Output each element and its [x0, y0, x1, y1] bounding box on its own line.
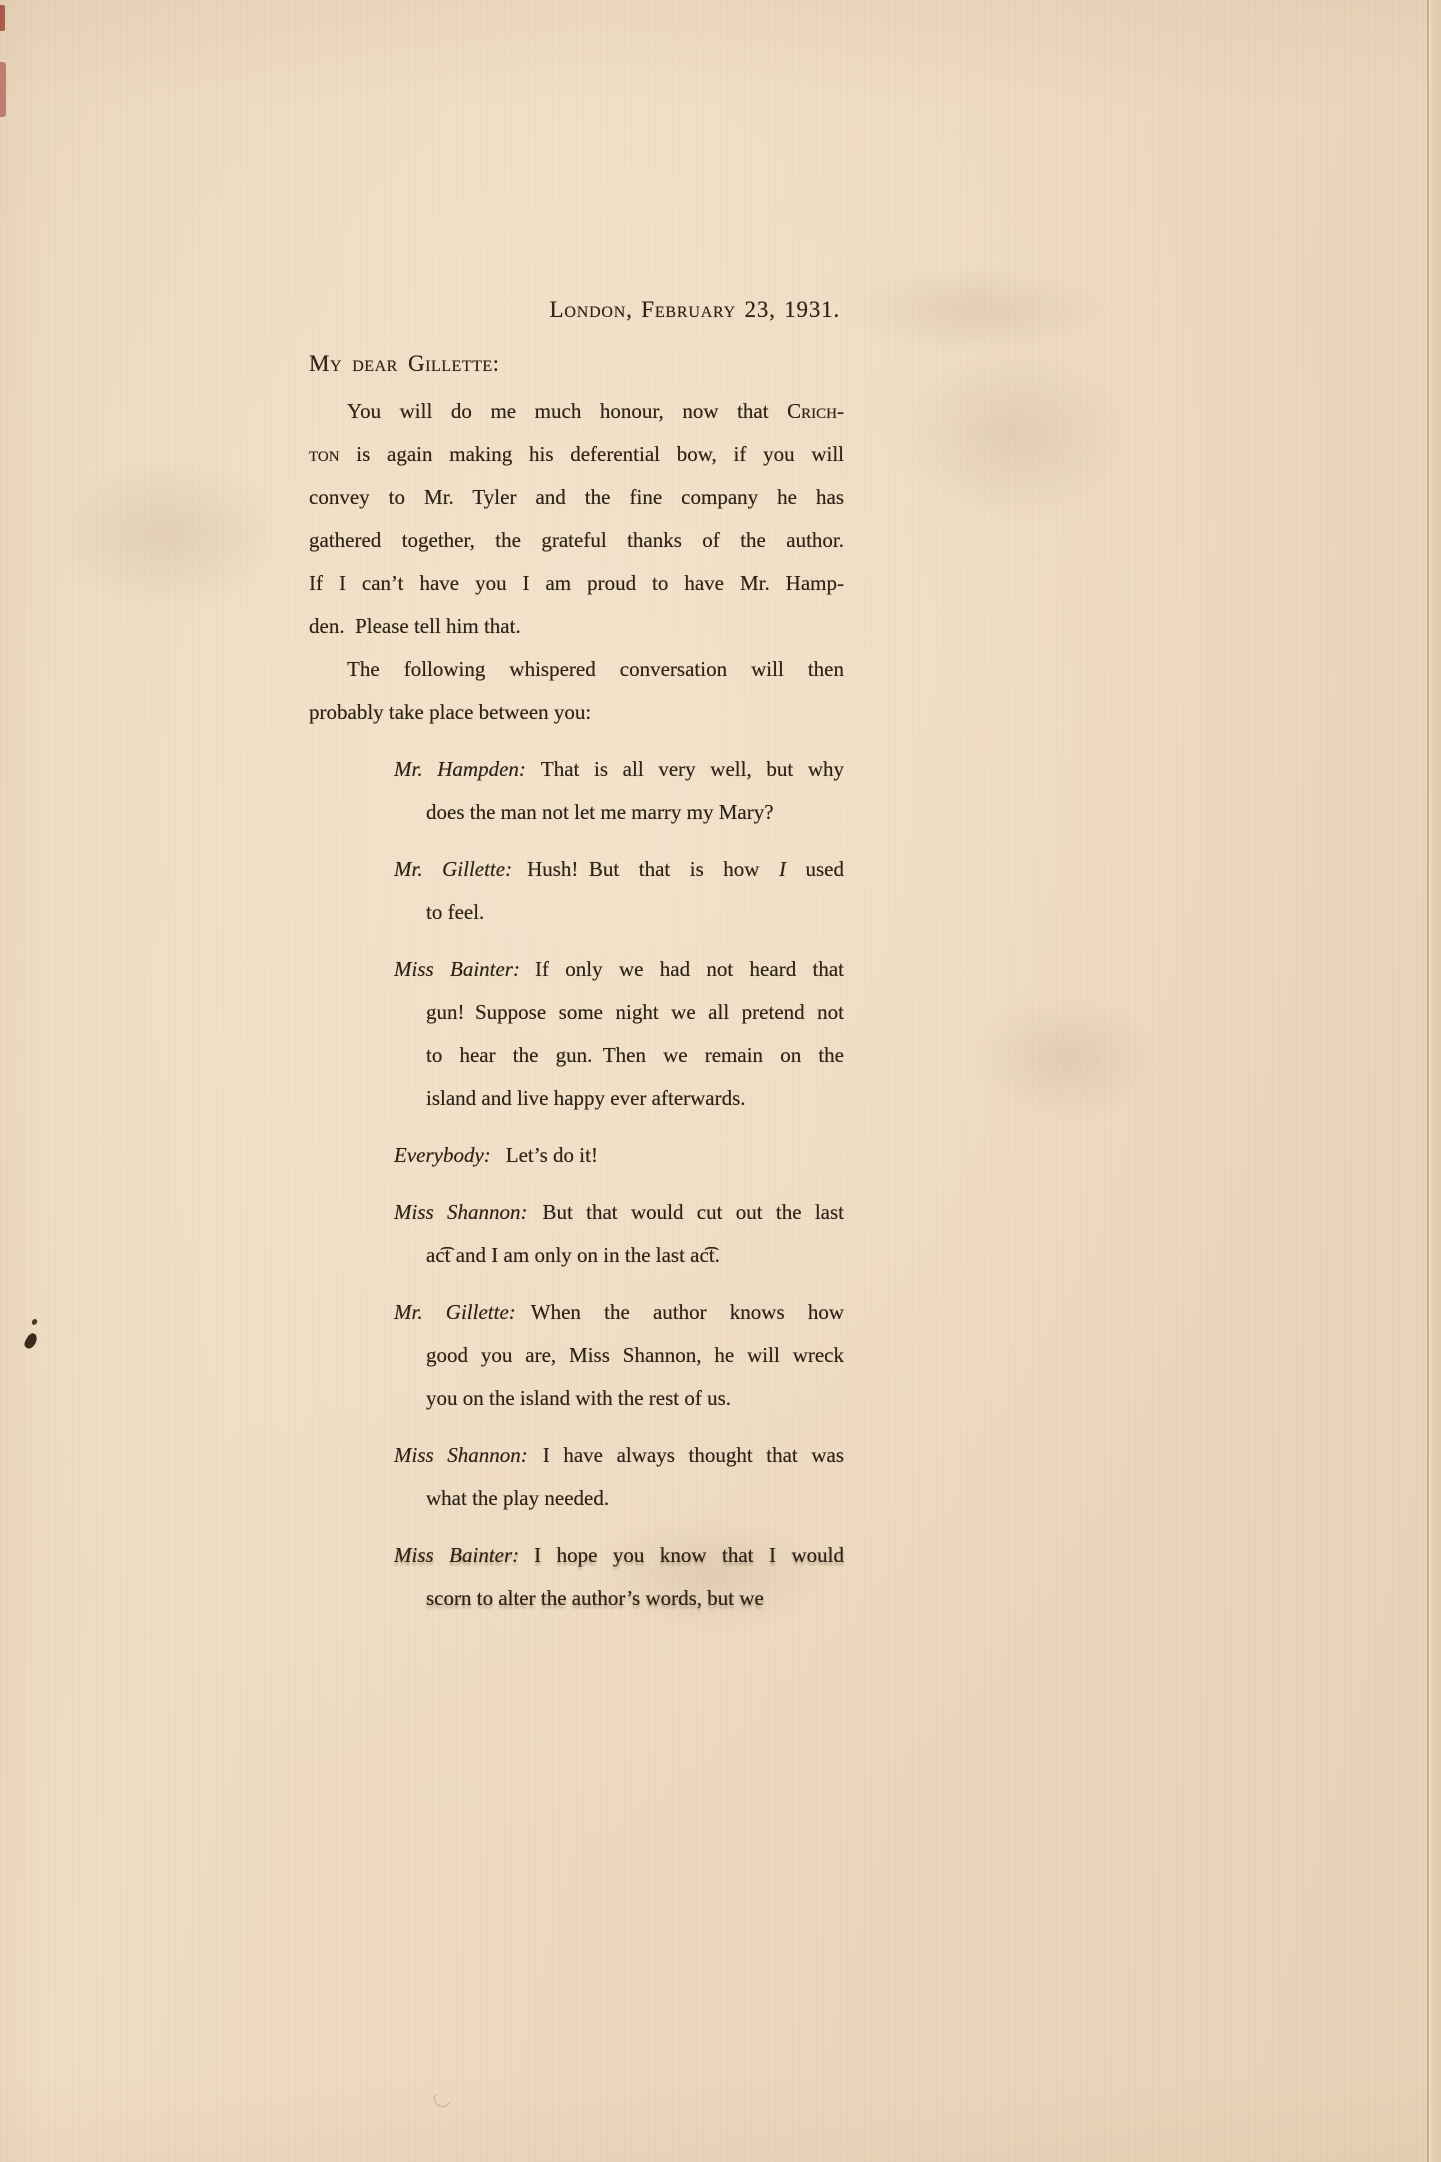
text-line: what the play needed. — [426, 1477, 844, 1520]
text-line: to hear the gun. Then we remain on the — [426, 1034, 844, 1077]
dialogue-entry: Mr. Hampden:That is all very well, but w… — [394, 748, 844, 834]
letter-body: You will do me much honour, now that Cri… — [309, 390, 844, 1620]
small-caps-text: Crich- — [787, 399, 844, 423]
text-line: does the man not let me marry my Mary? — [426, 791, 844, 834]
salutation: My dear Gillette: — [309, 342, 844, 385]
speaker-name: Miss Shannon: — [394, 1200, 527, 1224]
text-line: The following whispered conversation wil… — [309, 648, 844, 691]
text-line: If I can’t have you I am proud to have M… — [309, 562, 844, 605]
show-through-mark — [58, 458, 280, 610]
text-line: you on the island with the rest of us. — [426, 1377, 844, 1420]
text-line: You will do me much honour, now that Cri… — [309, 390, 844, 433]
text-line: ac͡t and I am only on in the last ac͡t. — [426, 1234, 844, 1277]
dialogue-entry: Miss Bainter:If only we had not heard th… — [394, 948, 844, 1120]
small-caps-text: ton — [309, 442, 340, 466]
text-line: ton is again making his deferential bow,… — [309, 433, 844, 476]
ink-speck — [31, 1318, 38, 1325]
dialogue-entry: Miss Shannon:I have always thought that … — [394, 1434, 844, 1520]
text-line: Mr. Hampden:That is all very well, but w… — [394, 748, 844, 791]
text-line: Everybody:Let’s do it! — [394, 1134, 844, 1177]
text-line: Miss Bainter:If only we had not heard th… — [394, 948, 844, 991]
text-line: den. Please tell him that. — [309, 605, 844, 648]
text-line: Miss Shannon:I have always thought that … — [394, 1434, 844, 1477]
text-line: island and live happy ever afterwards. — [426, 1077, 844, 1120]
red-edge-mark — [0, 5, 5, 31]
text-line: probably take place between you: — [309, 691, 844, 734]
dateline: London, February 23, 1931. — [309, 288, 844, 331]
text-line: Mr. Gillette:Hush! But that is how I use… — [394, 848, 844, 891]
page-edge-strip — [1429, 0, 1441, 2162]
red-edge-mark — [0, 62, 6, 117]
speaker-name: Mr. Gillette: — [394, 857, 512, 881]
text-line: Miss Shannon:But that would cut out the … — [394, 1191, 844, 1234]
speaker-name: Mr. Gillette: — [394, 1300, 516, 1324]
speaker-name: Mr. Hampden: — [394, 757, 526, 781]
text-line: gathered together, the grateful thanks o… — [309, 519, 844, 562]
letter-text-block: London, February 23, 1931. My dear Gille… — [309, 288, 844, 1620]
letter-paragraph: You will do me much honour, now that Cri… — [309, 390, 844, 648]
ink-speck — [23, 1332, 40, 1351]
dialogue-entry: Miss Shannon:But that would cut out the … — [394, 1191, 844, 1277]
letter-paragraph: The following whispered conversation wil… — [309, 648, 844, 734]
speaker-name: Miss Bainter: — [394, 957, 520, 981]
italic-text: I — [779, 857, 786, 881]
text-line: to feel. — [426, 891, 844, 934]
show-through-mark — [848, 268, 1110, 352]
text-line: convey to Mr. Tyler and the fine company… — [309, 476, 844, 519]
speaker-name: Miss Shannon: — [394, 1443, 528, 1467]
dialogue-entry: Mr. Gillette:When the author knows howgo… — [394, 1291, 844, 1420]
dialogue-entry: Everybody:Let’s do it! — [394, 1134, 844, 1177]
text-line: gun! Suppose some night we all pretend n… — [426, 991, 844, 1034]
text-line: scorn to alter the author’s words, but w… — [426, 1577, 844, 1620]
text-line: Miss Bainter:I hope you know that I woul… — [394, 1534, 844, 1577]
show-through-mark — [976, 996, 1158, 1120]
dialogue-entry: Mr. Gillette:Hush! But that is how I use… — [394, 848, 844, 934]
speaker-name: Everybody: — [394, 1143, 491, 1167]
dialogue-entry: Miss Bainter:I hope you know that I woul… — [394, 1534, 844, 1620]
speaker-name: Miss Bainter: — [394, 1543, 519, 1567]
pencil-mark — [432, 2088, 453, 2109]
scanned-book-page: London, February 23, 1931. My dear Gille… — [0, 0, 1441, 2162]
text-line: good you are, Miss Shannon, he will wrec… — [426, 1334, 844, 1377]
show-through-mark — [898, 348, 1130, 520]
text-line: Mr. Gillette:When the author knows how — [394, 1291, 844, 1334]
